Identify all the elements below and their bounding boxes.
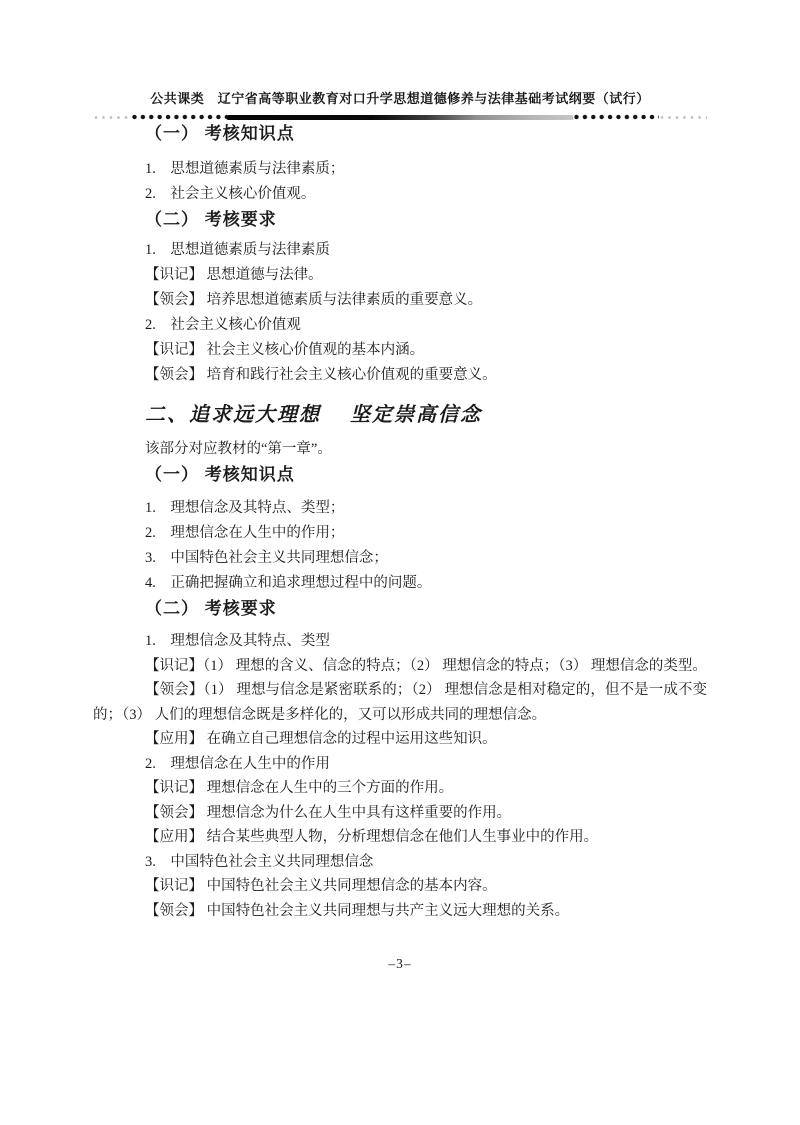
heading-knowledge-points-1: （一） 考核知识点	[145, 121, 707, 147]
list-item: 【领会】 中国特色社会主义共同理想与共产主义远大理想的关系。	[93, 899, 707, 924]
list-item: 【识记】 理想信念在人生中的三个方面的作用。	[93, 776, 707, 801]
divider-dots-right	[573, 114, 659, 120]
list-item: 【识记】 社会主义核心价值观的基本内涵。	[93, 338, 707, 363]
requirements-list-2: 1. 理想信念及其特点、类型 【识记】（1） 理想的含义、信念的特点；（2） 理…	[93, 629, 707, 923]
list-item: 2. 社会主义核心价值观。	[93, 182, 707, 207]
header-divider-rule	[93, 113, 707, 121]
list-item: 【领会】 培育和践行社会主义核心价值观的重要意义。	[93, 363, 707, 388]
heading-requirements-1: （二） 考核要求	[145, 207, 707, 233]
divider-dots-left	[131, 114, 227, 120]
heading-requirements-2: （二） 考核要求	[145, 596, 707, 622]
chapter-intro: 该部分对应教材的“第一章”。	[93, 437, 707, 462]
page-number: –3–	[93, 955, 707, 973]
list-item: 【领会】（1） 理想与信念是紧密联系的；（2） 理想信念是相对稳定的，但不是一成…	[93, 678, 707, 727]
heading-knowledge-points-2: （一） 考核知识点	[145, 462, 707, 488]
document-page: 公共课类 辽宁省高等职业教育对口升学思想道德修养与法律基础考试纲要（试行） （一…	[0, 0, 800, 1125]
list-item: 1. 思想道德素质与法律素质	[93, 238, 707, 263]
list-item: 【识记】 中国特色社会主义共同理想信念的基本内容。	[93, 874, 707, 899]
list-item: 【领会】 理想信念为什么在人生中具有这样重要的作用。	[93, 801, 707, 826]
list-item: 【应用】 在确立自己理想信念的过程中运用这些知识。	[93, 727, 707, 752]
knowledge-points-list-1: 1. 思想道德素质与法律素质； 2. 社会主义核心价值观。	[93, 157, 707, 207]
section-part2: 二、追求远大理想 坚定崇高信念 该部分对应教材的“第一章”。 （一） 考核知识点…	[93, 400, 707, 923]
list-item: 3. 中国特色社会主义共同理想信念	[93, 850, 707, 875]
section-part1: （一） 考核知识点 1. 思想道德素质与法律素质； 2. 社会主义核心价值观。 …	[93, 121, 707, 388]
list-item: 2. 理想信念在人生中的作用	[93, 752, 707, 777]
list-item: 【识记】 思想道德与法律。	[93, 263, 707, 288]
list-item: 3. 中国特色社会主义共同理想信念；	[93, 546, 707, 571]
list-item: 【领会】 培养思想道德素质与法律素质的重要意义。	[93, 288, 707, 313]
divider-bar	[227, 115, 573, 120]
running-header: 公共课类 辽宁省高等职业教育对口升学思想道德修养与法律基础考试纲要（试行）	[93, 88, 707, 110]
list-item: 【识记】（1） 理想的含义、信念的特点；（2） 理想信念的特点；（3） 理想信念…	[93, 654, 707, 679]
list-item: 【应用】 结合某些典型人物，分析理想信念在他们人生事业中的作用。	[93, 825, 707, 850]
list-item: 1. 理想信念及其特点、类型	[93, 629, 707, 654]
list-item: 2. 社会主义核心价值观	[93, 313, 707, 338]
requirements-list-1: 1. 思想道德素质与法律素质 【识记】 思想道德与法律。 【领会】 培养思想道德…	[93, 238, 707, 388]
divider-faint-dots-left	[93, 115, 131, 120]
list-item: 1. 理想信念及其特点、类型；	[93, 496, 707, 521]
list-item: 4. 正确把握确立和追求理想过程中的问题。	[93, 571, 707, 596]
list-item: 1. 思想道德素质与法律素质；	[93, 157, 707, 182]
divider-faint-dots-right	[659, 115, 707, 120]
knowledge-points-list-2: 1. 理想信念及其特点、类型； 2. 理想信念在人生中的作用； 3. 中国特色社…	[93, 496, 707, 596]
list-item: 2. 理想信念在人生中的作用；	[93, 521, 707, 546]
chapter-title: 二、追求远大理想 坚定崇高信念	[145, 400, 707, 430]
